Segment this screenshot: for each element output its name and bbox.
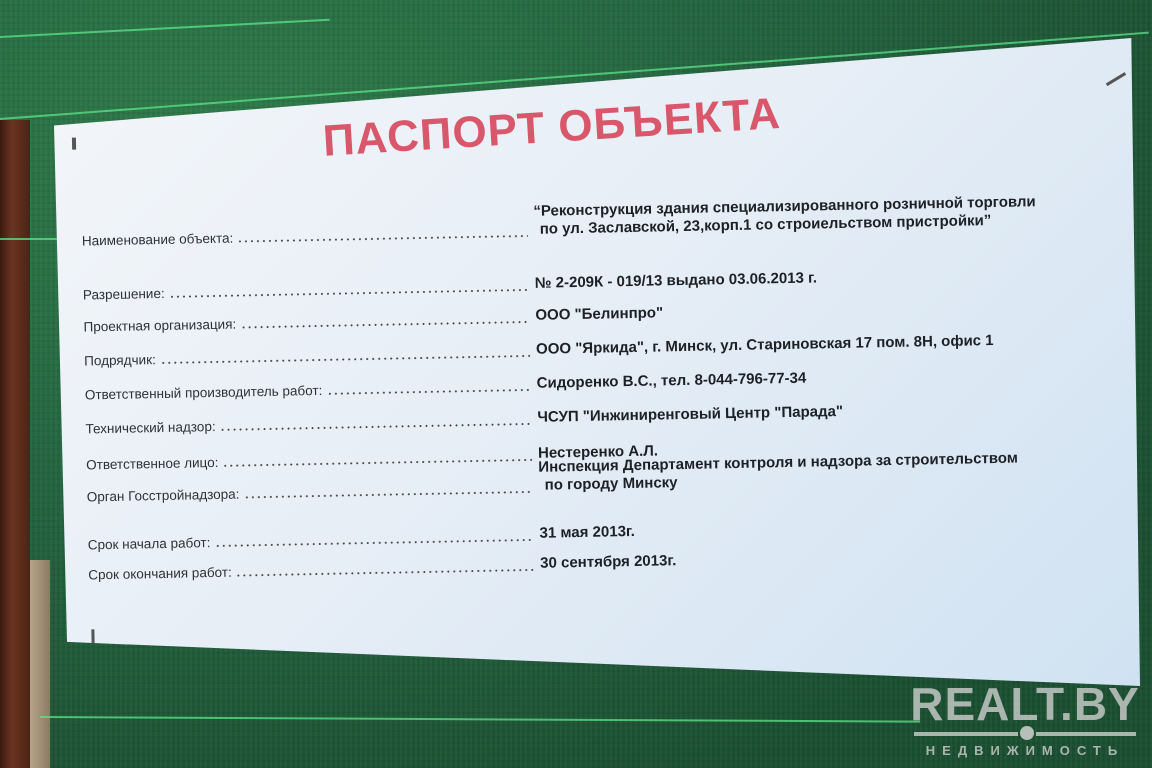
wooden-pole bbox=[0, 120, 30, 768]
watermark-divider bbox=[914, 731, 1136, 737]
tarp-stripe bbox=[0, 238, 60, 240]
row-value: 31 мая 2013г. bbox=[539, 523, 635, 543]
row-value-line: № 2-209К - 019/13 выдано 03.06.2013 г. bbox=[535, 269, 818, 292]
sign-content: ПАСПОРТ ОБЪЕКТА Наименование объекта:“Ре… bbox=[54, 17, 1152, 686]
row-value: ЧСУП "Инжиниренговый Центр "Парада" bbox=[537, 403, 843, 427]
dotted-leader bbox=[169, 289, 529, 298]
row-value: ООО "Белинпро" bbox=[535, 304, 663, 324]
dotted-leader bbox=[327, 389, 531, 395]
passport-row: Подрядчик:ООО "Яркида", г. Минск, ул. Ст… bbox=[84, 334, 1124, 354]
row-label: Разрешение: bbox=[83, 286, 165, 303]
row-value-line: ЧСУП "Инжиниренговый Центр "Парада" bbox=[537, 403, 843, 427]
row-label: Проектная организация: bbox=[83, 317, 236, 335]
dotted-leader bbox=[244, 491, 533, 499]
nail-icon bbox=[1106, 72, 1126, 86]
realt-watermark: REALT.BY НЕДВИЖИМОСТЬ bbox=[910, 681, 1140, 758]
row-value: ООО "Яркида", г. Минск, ул. Стариновская… bbox=[536, 332, 994, 359]
row-label: Ответственное лицо: bbox=[86, 455, 218, 473]
ground-gap bbox=[28, 560, 50, 768]
nail-icon bbox=[91, 629, 94, 643]
row-value-line: ООО "Белинпро" bbox=[535, 304, 663, 324]
passport-row: Срок окончания работ:30 сентября 2013г. bbox=[88, 547, 1128, 567]
dotted-leader bbox=[215, 539, 534, 547]
row-value: № 2-209К - 019/13 выдано 03.06.2013 г. bbox=[535, 269, 818, 292]
dotted-leader bbox=[220, 423, 532, 431]
passport-row: Технический надзор:ЧСУП "Инжиниренговый … bbox=[85, 402, 1125, 422]
row-label: Срок начала работ: bbox=[88, 535, 211, 552]
row-label: Технический надзор: bbox=[85, 419, 215, 436]
row-value: Сидоренко В.С., тел. 8-044-796-77-34 bbox=[537, 370, 807, 393]
dotted-leader bbox=[160, 355, 530, 364]
row-value-line: 31 мая 2013г. bbox=[539, 523, 635, 543]
row-label: Срок окончания работ: bbox=[88, 565, 232, 583]
row-value: “Реконструкция здания специализированног… bbox=[533, 193, 1036, 239]
dotted-leader bbox=[237, 235, 528, 243]
row-value-line: 30 сентября 2013г. bbox=[540, 552, 676, 573]
sign-title: ПАСПОРТ ОБЪЕКТА bbox=[321, 89, 782, 167]
row-label: Орган Госстройнадзора: bbox=[87, 487, 240, 505]
passport-row: Орган Госстройнадзора:Инспекция Департам… bbox=[87, 469, 1127, 489]
passport-row: Наименование объекта:“Реконструкция здан… bbox=[82, 214, 1122, 234]
passport-row: Разрешение:№ 2-209К - 019/13 выдано 03.0… bbox=[83, 268, 1123, 288]
row-label: Наименование объекта: bbox=[82, 231, 234, 249]
dotted-leader bbox=[235, 569, 534, 577]
row-label: Ответственный производитель работ: bbox=[85, 383, 323, 403]
watermark-logo: REALT.BY bbox=[910, 681, 1140, 727]
passport-row: Ответственный производитель работ:Сидоре… bbox=[85, 368, 1125, 388]
row-value-line: ООО "Яркида", г. Минск, ул. Стариновская… bbox=[536, 332, 994, 359]
watermark-subtitle: НЕДВИЖИМОСТЬ bbox=[910, 743, 1140, 758]
row-value-line: Сидоренко В.С., тел. 8-044-796-77-34 bbox=[537, 370, 807, 393]
passport-row: Срок начала работ:31 мая 2013г. bbox=[88, 517, 1128, 537]
row-value: 30 сентября 2013г. bbox=[540, 552, 676, 573]
dotted-leader bbox=[241, 321, 530, 329]
row-label: Подрядчик: bbox=[84, 352, 156, 368]
dotted-leader bbox=[222, 459, 532, 467]
nail-icon bbox=[72, 138, 76, 150]
passport-row: Проектная организация:ООО "Белинпро" bbox=[83, 300, 1123, 320]
